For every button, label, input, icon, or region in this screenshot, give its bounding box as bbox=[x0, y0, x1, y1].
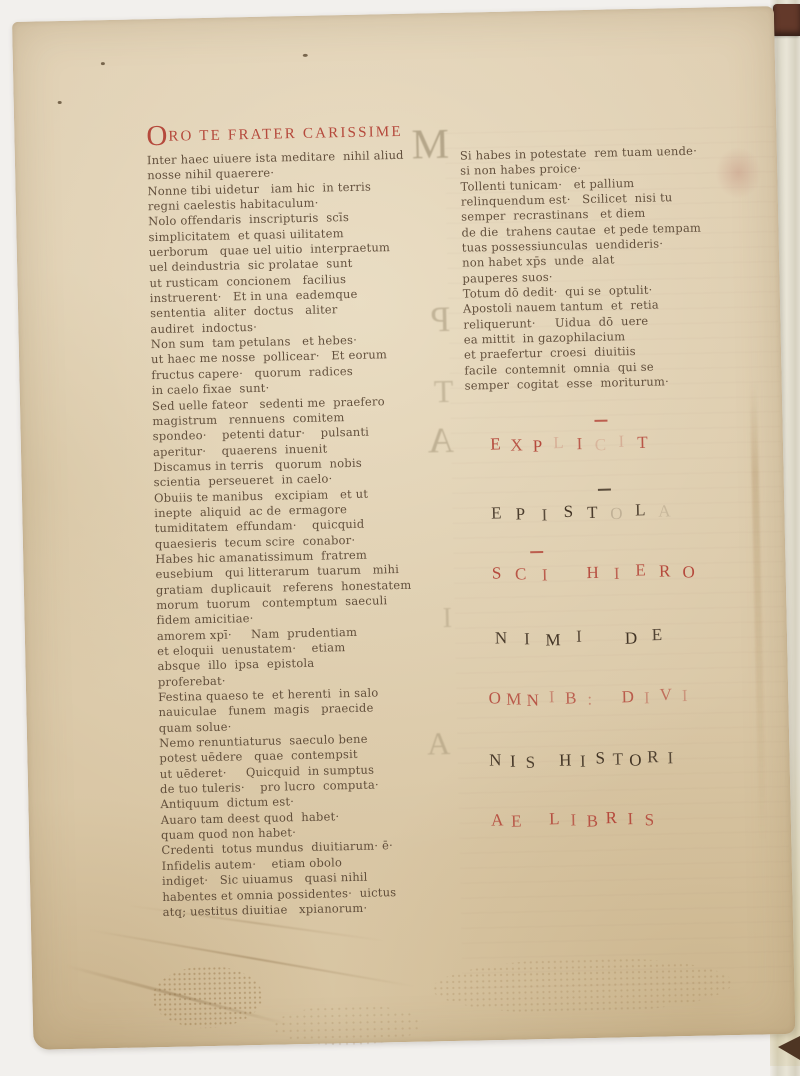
follicle-speckle bbox=[273, 1004, 424, 1047]
explicit-letter: O bbox=[626, 750, 644, 770]
explicit-letter: E bbox=[485, 434, 506, 454]
explicit-letter: I bbox=[574, 752, 592, 772]
explicit-letter: E bbox=[644, 625, 670, 646]
explicit-letter: I bbox=[675, 686, 694, 706]
explicit-letter: I bbox=[514, 629, 540, 650]
explicit-dash bbox=[594, 420, 607, 422]
explicit-letter: I bbox=[566, 626, 592, 647]
explicit-letter: O bbox=[485, 688, 504, 708]
explicit-letters: OMNIB: DIVI bbox=[485, 686, 694, 710]
explicit-letter: I bbox=[564, 810, 583, 830]
explicit-letters: EPISTOLA bbox=[484, 501, 676, 525]
brown-streak bbox=[750, 381, 767, 841]
explicit-letter: I bbox=[533, 565, 557, 585]
explicit-letter: I bbox=[504, 751, 522, 771]
explicit-letter: R bbox=[652, 561, 676, 581]
explicit-letter: C bbox=[590, 435, 611, 455]
explicit-letter: I bbox=[542, 687, 561, 707]
explicit-letter: I bbox=[569, 434, 590, 454]
parchment-page: ORO TE FRATER CARISSIME Inter haec uiuer… bbox=[12, 6, 795, 1050]
explicit-letter: O bbox=[604, 504, 628, 524]
follicle-speckle bbox=[432, 955, 733, 1016]
manuscript-photo: ORO TE FRATER CARISSIME Inter haec uiuer… bbox=[0, 0, 800, 1076]
rubric-initial: O bbox=[146, 120, 169, 152]
rubric-heading-text: RO TE FRATER CARISSIME bbox=[168, 124, 403, 145]
explicit-letter: T bbox=[609, 749, 627, 769]
explicit-colophon: EXPLICITEPISTOLASCI HIERONIMI DEOMNIB: D… bbox=[12, 6, 774, 22]
explicit-letter: B bbox=[561, 688, 580, 708]
rubric-heading: ORO TE FRATER CARISSIME bbox=[146, 121, 464, 148]
explicit-letter: S bbox=[591, 748, 609, 768]
explicit-letter: B bbox=[583, 811, 602, 831]
explicit-letter: E bbox=[628, 560, 652, 580]
explicit-letter: P bbox=[527, 436, 548, 456]
explicit-letters: AE LIBRIS bbox=[488, 809, 659, 833]
explicit-letter: : bbox=[580, 689, 599, 709]
explicit-letter: E bbox=[484, 503, 508, 523]
explicit-dash bbox=[530, 551, 543, 553]
showthrough-letters: MPTAIA bbox=[12, 6, 774, 22]
explicit-letter: L bbox=[545, 809, 564, 829]
leather-tab bbox=[773, 4, 800, 36]
explicit-letter: I bbox=[661, 748, 679, 768]
explicit-letter: S bbox=[521, 753, 539, 773]
explicit-letter: L bbox=[548, 433, 569, 453]
ink-speck bbox=[303, 54, 308, 57]
right-text-column: Si habes in potestate rem tuam uende·si … bbox=[460, 142, 787, 394]
left-column-lines: Inter haec uiuere ista meditare nihil al… bbox=[147, 147, 481, 921]
left-text-column: ORO TE FRATER CARISSIME Inter haec uiuer… bbox=[146, 121, 481, 921]
explicit-letter: N bbox=[486, 750, 504, 770]
explicit-letter: C bbox=[508, 564, 532, 584]
explicit-letter: E bbox=[507, 811, 526, 831]
explicit-letter: V bbox=[656, 685, 675, 705]
explicit-letter: L bbox=[628, 500, 652, 520]
explicit-letter: M bbox=[540, 630, 566, 651]
explicit-letter: I bbox=[604, 564, 628, 584]
explicit-letter: D bbox=[618, 628, 644, 649]
explicit-letter: H bbox=[556, 750, 574, 770]
explicit-letter: A bbox=[652, 501, 676, 521]
explicit-letter: S bbox=[640, 810, 659, 830]
explicit-letter: S bbox=[484, 563, 508, 583]
explicit-letter: M bbox=[504, 689, 523, 709]
explicit-letter: I bbox=[532, 505, 556, 525]
binding-notch bbox=[778, 1036, 800, 1060]
ink-speck bbox=[101, 62, 105, 65]
explicit-dash bbox=[598, 489, 611, 491]
right-column-lines: Si habes in potestate rem tuam uende·si … bbox=[460, 142, 787, 394]
explicit-letters: NIMI DE bbox=[488, 626, 670, 650]
follicle-speckle bbox=[152, 965, 263, 1029]
explicit-letter: R bbox=[644, 747, 662, 767]
explicit-letter: D bbox=[618, 687, 637, 707]
explicit-letters: NIS HISTORI bbox=[486, 748, 679, 772]
explicit-letters: EXPLICIT bbox=[485, 433, 653, 457]
explicit-letter: I bbox=[637, 688, 656, 708]
explicit-letter: N bbox=[523, 691, 542, 711]
explicit-letters: SCI HIERO bbox=[484, 561, 700, 586]
ink-speck bbox=[58, 101, 62, 104]
explicit-letter: I bbox=[611, 432, 632, 452]
explicit-letter: R bbox=[602, 808, 621, 828]
explicit-letter: P bbox=[508, 504, 532, 524]
explicit-letter: N bbox=[488, 628, 514, 649]
explicit-letter: A bbox=[488, 810, 507, 830]
explicit-letter: T bbox=[580, 503, 604, 523]
explicit-letter: O bbox=[676, 562, 700, 582]
explicit-letter: X bbox=[506, 435, 527, 455]
explicit-letter: H bbox=[580, 563, 604, 583]
explicit-letter: T bbox=[632, 433, 653, 453]
explicit-letter: I bbox=[621, 809, 640, 829]
explicit-letter: S bbox=[556, 502, 580, 522]
